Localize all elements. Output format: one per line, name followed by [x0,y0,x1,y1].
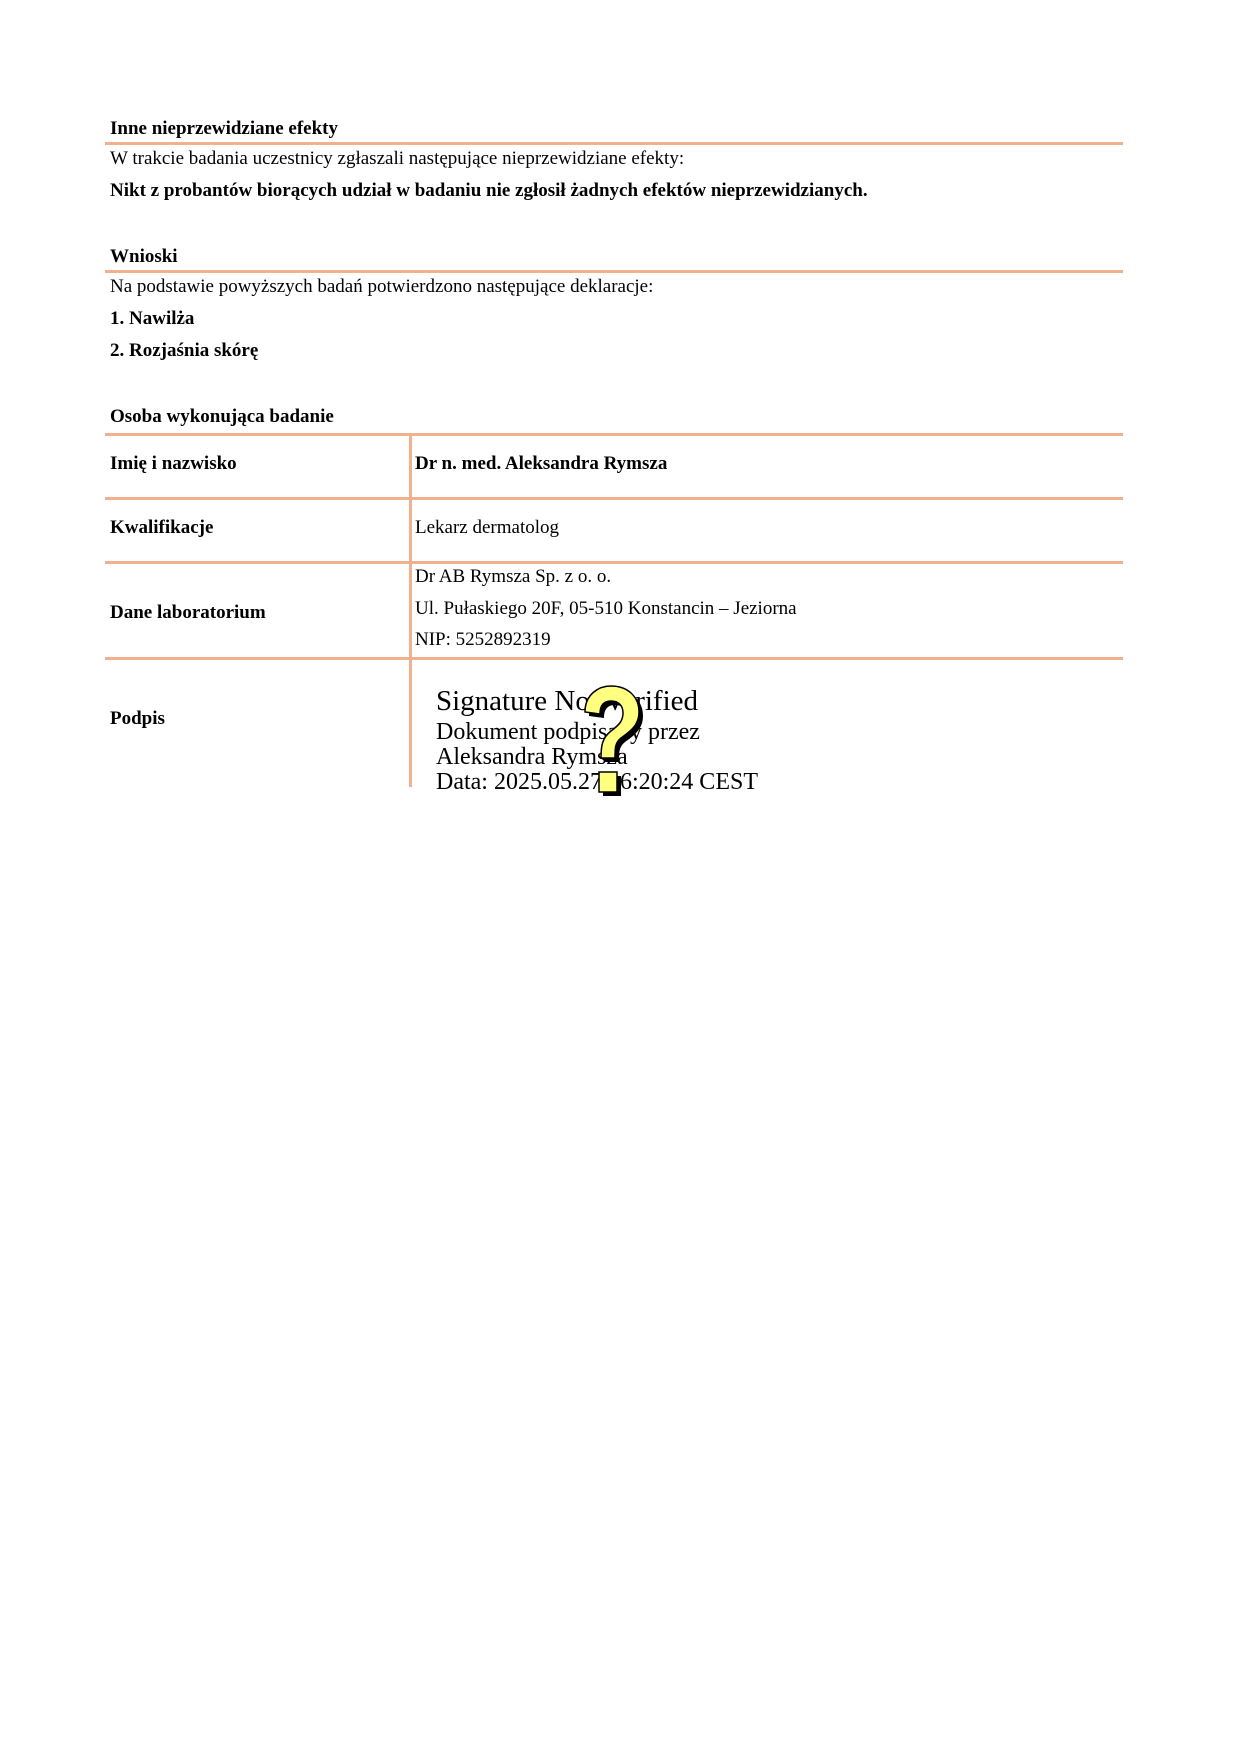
row-rule [105,433,1123,436]
row-value: NIP: 5252892319 [415,629,551,651]
table-row: Kwalifikacje Lekarz dermatolog [105,497,1123,561]
table-row: Dane laboratorium Dr AB Rymsza Sp. z o. … [105,561,1123,657]
row-label: Imię i nazwisko [110,453,237,475]
table-row: Imię i nazwisko Dr n. med. Aleksandra Ry… [105,433,1123,497]
section-title-investigator: Osoba wykonująca badanie [110,406,334,428]
row-value: Dr n. med. Aleksandra Rymsza [415,453,667,475]
row-value: Dr AB Rymsza Sp. z o. o. [415,566,611,588]
row-rule [105,561,1123,564]
row-rule [105,497,1123,500]
row-value: Ul. Pułaskiego 20F, 05-510 Konstancin – … [415,598,797,620]
row-rule [105,657,1123,660]
conclusion-item: 2. Rozjaśnia skórę [110,340,258,362]
section-title-unexpected-effects: Inne nieprzewidziane efekty [110,118,338,140]
section-title-conclusions: Wnioski [110,246,178,268]
row-label: Podpis [110,708,165,730]
row-value: Lekarz dermatolog [415,517,559,539]
conclusion-item: 1. Nawilża [110,308,194,330]
document-page: Inne nieprzewidziane efekty W trakcie ba… [0,0,1240,1754]
signature-signed-by-label: Dokument podpisany przez [436,720,758,745]
signature-signer: Aleksandra Rymsza [436,745,758,770]
unexpected-effects-result: Nikt z probantów biorących udział w bada… [110,180,868,202]
digital-signature[interactable]: Signature Not Verified Dokument podpisan… [436,686,758,795]
row-label: Kwalifikacje [110,517,213,539]
section-rule [105,142,1123,145]
section-rule [105,270,1123,273]
signature-date: Data: 2025.05.27 16:20:24 CEST [436,770,758,795]
unexpected-effects-intro: W trakcie badania uczestnicy zgłaszali n… [110,148,684,170]
conclusions-intro: Na podstawie powyższych badań potwierdzo… [110,276,653,298]
row-label: Dane laboratorium [110,602,266,624]
signature-status: Signature Not Verified [436,686,758,716]
